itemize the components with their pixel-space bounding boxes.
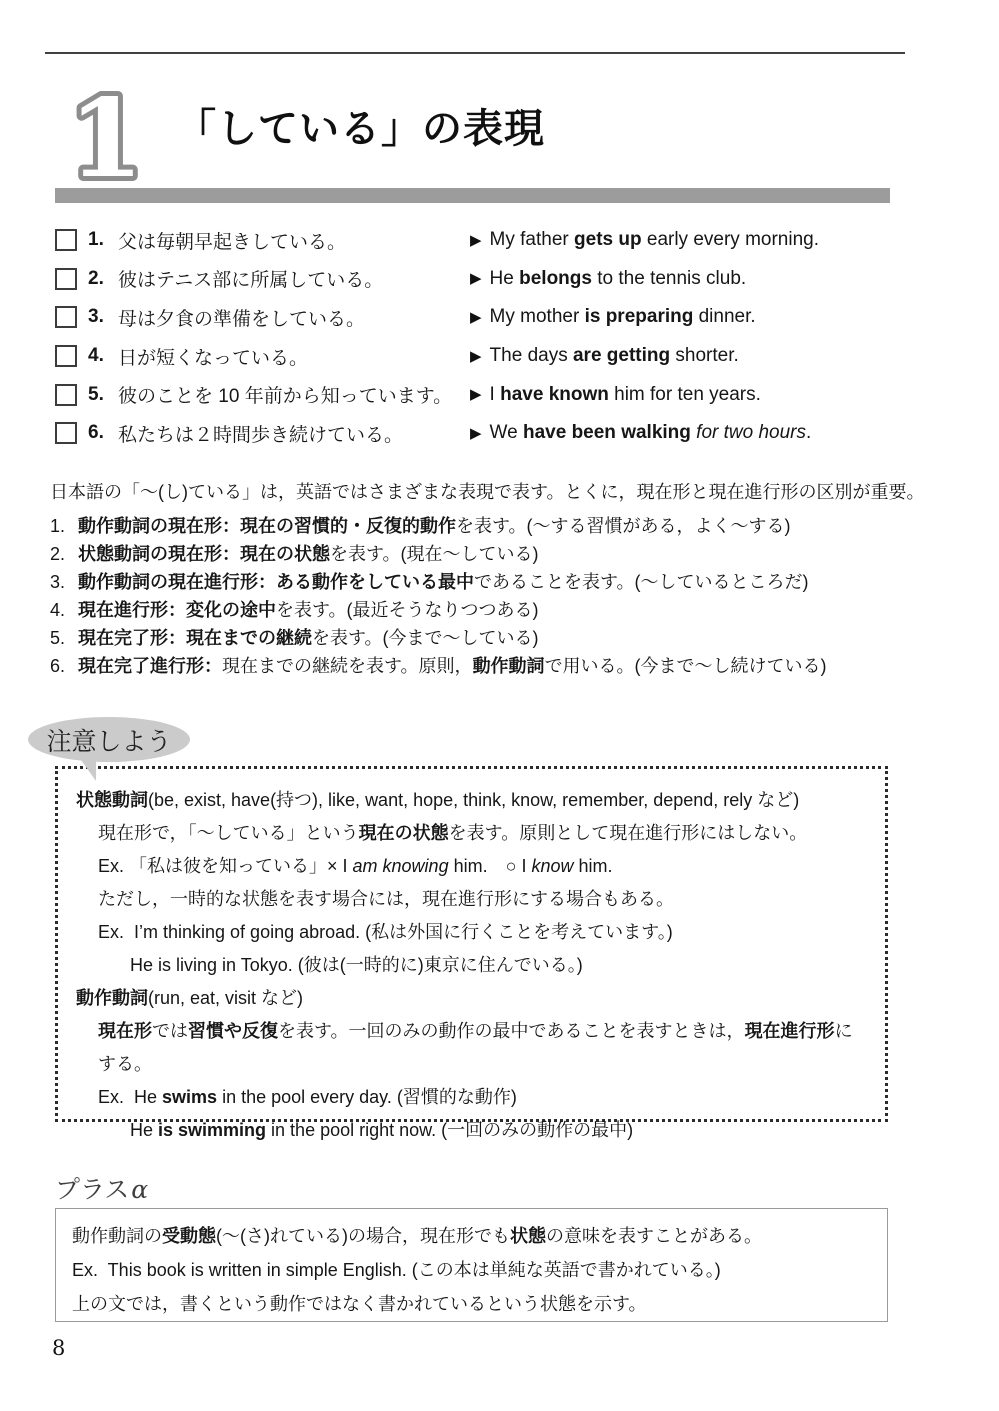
example-english-wrap: ▶ I have known him for ten years. — [470, 384, 761, 406]
explanation-item: 4. 現在進行形：変化の途中を表す。(最近そうなりつつある) — [50, 596, 965, 624]
attention-line: Ex. 「私は彼を知っている」× I am knowing him. ○ I k… — [98, 850, 867, 883]
plus-alpha-box: 動作動詞の受動態(〜(さ)れている)の場合，現在形でも状態の意味を表すことがある… — [55, 1208, 888, 1322]
arrow-marker-icon: ▶ — [470, 387, 482, 402]
example-row: 4. 日が短くなっている。 ▶ The days are getting sho… — [55, 337, 960, 376]
explanation-item: 1. 動作動詞の現在形：現在の習慣的・反復的動作を表す。(〜する習慣がある，よく… — [50, 512, 965, 540]
explanation-section: 日本語の「〜(し)ている」は，英語ではさまざまな表現で表す。とくに，現在形と現在… — [50, 478, 965, 680]
example-number: 4. — [88, 345, 118, 367]
example-english-wrap: ▶ He belongs to the tennis club. — [470, 268, 746, 290]
checkbox[interactable] — [55, 422, 77, 444]
example-english: We have been walking for two hours. — [490, 422, 812, 444]
example-japanese: 母は夕食の準備をしている。 — [118, 304, 365, 331]
plus-label-text: プラス — [55, 1176, 129, 1204]
explanation-item-text: 現在完了進行形：現在までの継続を表す。原則，動作動詞で用いる。(今まで〜し続けて… — [78, 652, 827, 680]
arrow-marker-icon: ▶ — [470, 426, 482, 441]
explanation-intro: 日本語の「〜(し)ている」は，英語ではさまざまな表現で表す。とくに，現在形と現在… — [50, 478, 965, 506]
example-row: 2. 彼はテニス部に所属している。 ▶ He belongs to the te… — [55, 260, 960, 299]
page-title: 「している」の表現 — [176, 97, 545, 154]
unit-number-badge: 1 — [46, 80, 166, 192]
explanation-item-number: 3. — [50, 568, 78, 596]
title-underline-bar — [55, 188, 890, 203]
page-number: 8 — [52, 1336, 65, 1360]
attention-line: 動作動詞(run, eat, visit など) — [76, 982, 867, 1015]
checkbox[interactable] — [55, 268, 77, 290]
checkbox[interactable] — [55, 306, 77, 328]
arrow-marker-icon: ▶ — [470, 233, 482, 248]
explanation-item-text: 動作動詞の現在進行形：ある動作をしている最中であることを表す。(〜しているところ… — [78, 568, 809, 596]
explanation-item-number: 4. — [50, 596, 78, 624]
explanation-item: 2. 状態動詞の現在形：現在の状態を表す。(現在〜している) — [50, 540, 965, 568]
attention-line: 現在形で，「〜している」という現在の状態を表す。原則として現在進行形にはしない。 — [98, 817, 867, 850]
example-row: 3. 母は夕食の準備をしている。 ▶ My mother is preparin… — [55, 298, 960, 337]
example-english: The days are getting shorter. — [490, 345, 739, 367]
attention-bubble: 注意しよう — [28, 717, 190, 762]
textbook-page: 1 「している」の表現 1. 父は毎朝早起きしている。 ▶ My father … — [0, 0, 999, 1411]
plus-label-alpha: α — [131, 1175, 148, 1204]
example-english-wrap: ▶ My mother is preparing dinner. — [470, 306, 756, 328]
top-rule-divider — [45, 52, 905, 54]
example-row: 6. 私たちは２時間歩き続けている。 ▶ We have been walkin… — [55, 414, 960, 453]
attention-label: 注意しよう — [46, 722, 171, 758]
arrow-marker-icon: ▶ — [470, 271, 482, 286]
explanation-item-text: 状態動詞の現在形：現在の状態を表す。(現在〜している) — [78, 540, 539, 568]
example-number: 1. — [88, 229, 118, 251]
example-english: I have known him for ten years. — [490, 384, 761, 406]
example-japanese: 彼はテニス部に所属している。 — [118, 265, 383, 292]
attention-line: Ex. He swims in the pool every day. (習慣的… — [98, 1081, 867, 1114]
explanation-item-number: 1. — [50, 512, 78, 540]
explanation-item-text: 現在進行形：変化の途中を表す。(最近そうなりつつある) — [78, 596, 539, 624]
example-number: 2. — [88, 268, 118, 290]
example-japanese: 彼のことを 10 年前から知っています。 — [118, 381, 452, 408]
plus-line: 動作動詞の受動態(〜(さ)れている)の場合，現在形でも状態の意味を表すことがある… — [72, 1219, 871, 1253]
explanation-item: 3. 動作動詞の現在進行形：ある動作をしている最中であることを表す。(〜している… — [50, 568, 965, 596]
example-english: He belongs to the tennis club. — [490, 268, 747, 290]
plus-alpha-label: プラスα — [55, 1170, 148, 1206]
attention-line: ただし，一時的な状態を表す場合には，現在進行形にする場合もある。 — [98, 883, 867, 916]
checkbox[interactable] — [55, 345, 77, 367]
explanation-item: 5. 現在完了形：現在までの継続を表す。(今まで〜している) — [50, 624, 965, 652]
example-row: 1. 父は毎朝早起きしている。 ▶ My father gets up earl… — [55, 221, 960, 260]
example-japanese: 父は毎朝早起きしている。 — [118, 227, 346, 254]
arrow-marker-icon: ▶ — [470, 349, 482, 364]
example-english: My mother is preparing dinner. — [490, 306, 756, 328]
plus-line: Ex. This book is written in simple Engli… — [72, 1253, 871, 1287]
attention-box: 状態動詞(be, exist, have(持つ), like, want, ho… — [55, 766, 888, 1122]
explanation-item-number: 2. — [50, 540, 78, 568]
attention-line: He is swimming in the pool right now. (一… — [130, 1114, 867, 1147]
attention-line: Ex. I’m thinking of going abroad. (私は外国に… — [98, 916, 867, 949]
example-number: 6. — [88, 422, 118, 444]
attention-bubble-tail — [76, 753, 96, 781]
example-english-wrap: ▶ The days are getting shorter. — [470, 345, 739, 367]
example-english: My father gets up early every morning. — [490, 229, 819, 251]
explanation-item-text: 動作動詞の現在形：現在の習慣的・反復的動作を表す。(〜する習慣がある，よく〜する… — [78, 512, 791, 540]
example-english-wrap: ▶ My father gets up early every morning. — [470, 229, 819, 251]
arrow-marker-icon: ▶ — [470, 310, 482, 325]
explanation-item: 6. 現在完了進行形：現在までの継続を表す。原則，動作動詞で用いる。(今まで〜し… — [50, 652, 965, 680]
attention-line: 現在形では習慣や反復を表す。一回のみの動作の最中であることを表すときは，現在進行… — [98, 1015, 867, 1081]
example-row: 5. 彼のことを 10 年前から知っています。 ▶ I have known h… — [55, 375, 960, 414]
example-japanese: 私たちは２時間歩き続けている。 — [118, 420, 403, 447]
checkbox[interactable] — [55, 229, 77, 251]
example-number: 5. — [88, 384, 118, 406]
example-english-wrap: ▶ We have been walking for two hours. — [470, 422, 811, 444]
unit-number: 1 — [68, 80, 143, 192]
example-list: 1. 父は毎朝早起きしている。 ▶ My father gets up earl… — [55, 221, 960, 453]
explanation-item-number: 5. — [50, 624, 78, 652]
checkbox[interactable] — [55, 384, 77, 406]
explanation-item-number: 6. — [50, 652, 78, 680]
attention-line: He is living in Tokyo. (彼は(一時的に)東京に住んでいる… — [130, 949, 867, 982]
example-number: 3. — [88, 306, 118, 328]
explanation-item-text: 現在完了形：現在までの継続を表す。(今まで〜している) — [78, 624, 539, 652]
plus-line: 上の文では，書くという動作ではなく書かれているという状態を示す。 — [72, 1287, 871, 1321]
unit-number-icon: 1 — [46, 80, 166, 192]
example-japanese: 日が短くなっている。 — [118, 343, 308, 370]
attention-line: 状態動詞(be, exist, have(持つ), like, want, ho… — [76, 784, 867, 817]
